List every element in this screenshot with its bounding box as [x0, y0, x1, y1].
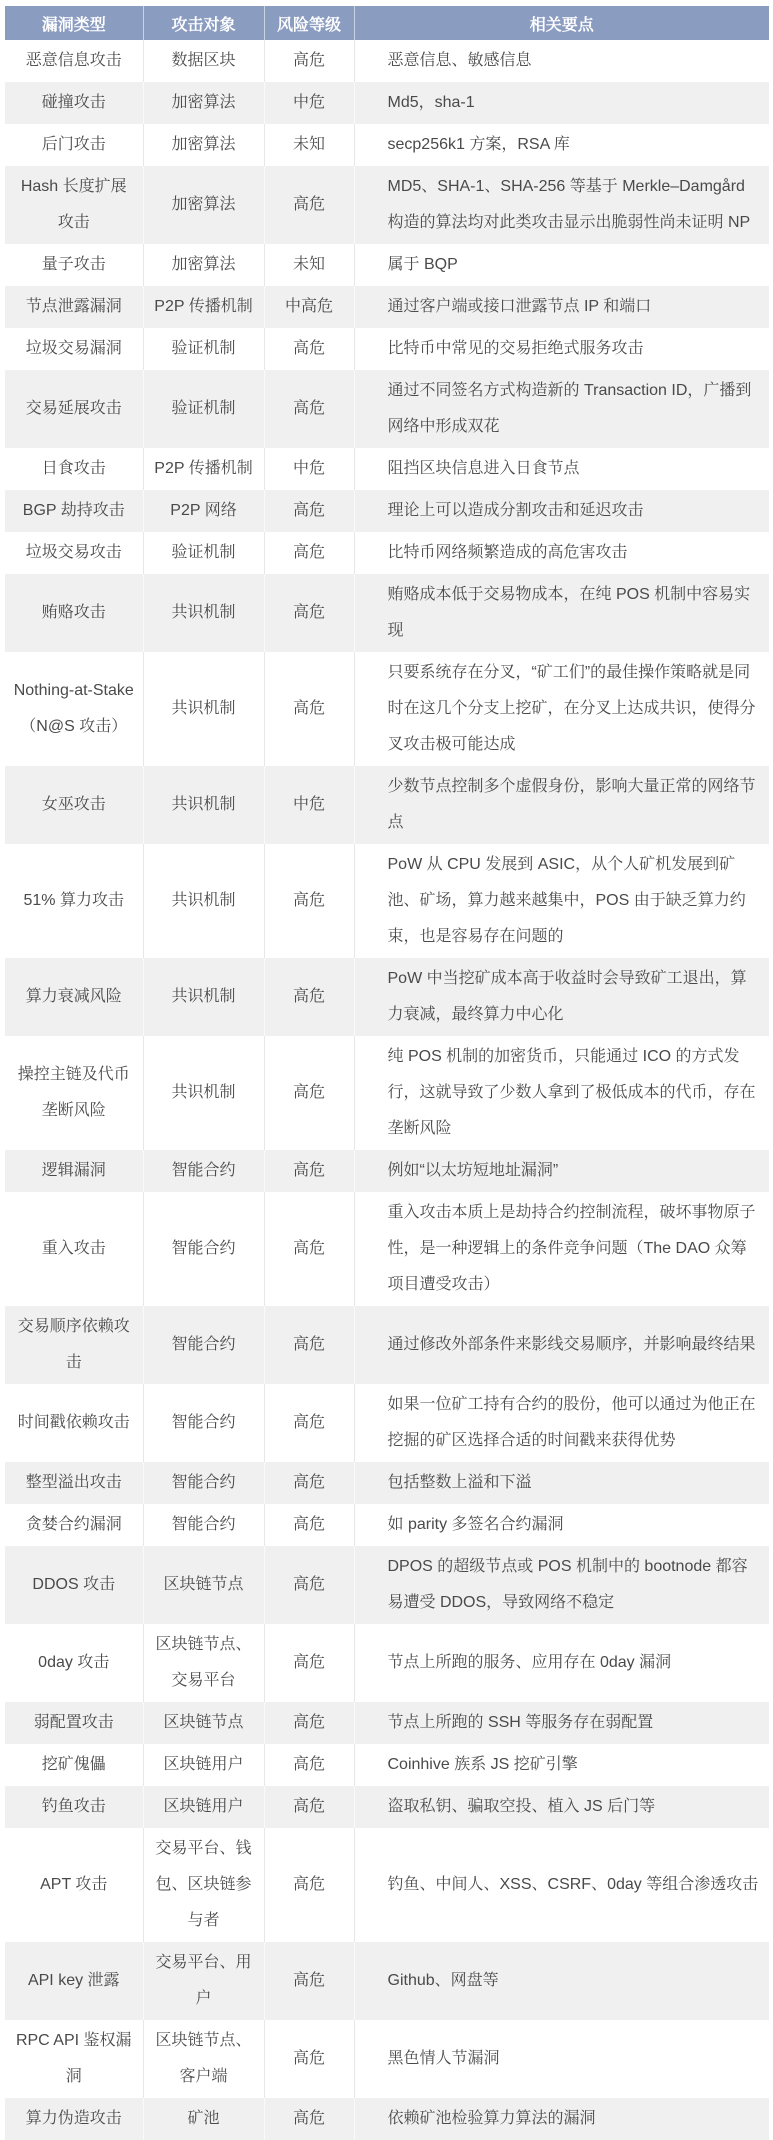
cell-key-points: 理论上可以造成分割攻击和延迟攻击	[354, 490, 769, 532]
table-row: API key 泄露 交易平台、用户 高危 Github、网盘等	[5, 1942, 769, 2020]
cell-risk-level: 未知	[264, 244, 354, 286]
table-row: RPC API 鉴权漏洞 区块链节点、客户端 高危 黑色情人节漏洞	[5, 2020, 769, 2098]
cell-attack-target: 加密算法	[143, 124, 264, 166]
table-row: 0day 攻击 区块链节点、交易平台 高危 节点上所跑的服务、应用存在 0day…	[5, 1624, 769, 1702]
cell-attack-target: 区块链节点	[143, 1702, 264, 1744]
cell-vuln-type: 操控主链及代币垄断风险	[5, 1036, 143, 1150]
cell-key-points: 通过修改外部条件来影线交易顺序，并影响最终结果	[354, 1306, 769, 1384]
cell-key-points: PoW 中当挖矿成本高于收益时会导致矿工退出，算力衰减，最终算力中心化	[354, 958, 769, 1036]
cell-risk-level: 高危	[264, 1786, 354, 1828]
cell-risk-level: 未知	[264, 124, 354, 166]
cell-key-points: 黑色情人节漏洞	[354, 2020, 769, 2098]
cell-attack-target: 加密算法	[143, 82, 264, 124]
cell-risk-level: 中危	[264, 448, 354, 490]
cell-vuln-type: 日食攻击	[5, 448, 143, 490]
cell-attack-target: 加密算法	[143, 166, 264, 244]
cell-risk-level: 高危	[264, 1192, 354, 1306]
cell-risk-level: 中危	[264, 82, 354, 124]
cell-attack-target: 智能合约	[143, 1462, 264, 1504]
table-body: 恶意信息攻击 数据区块 高危 恶意信息、敏感信息 碰撞攻击 加密算法 中危 Md…	[5, 40, 769, 2140]
cell-risk-level: 高危	[264, 40, 354, 82]
table-row: 贿赂攻击 共识机制 高危 贿赂成本低于交易物成本，在纯 POS 机制中容易实现	[5, 574, 769, 652]
cell-attack-target: 验证机制	[143, 532, 264, 574]
cell-key-points: 比特币中常见的交易拒绝式服务攻击	[354, 328, 769, 370]
cell-key-points: Md5，sha-1	[354, 82, 769, 124]
column-header-attack-target: 攻击对象	[143, 6, 264, 40]
cell-risk-level: 高危	[264, 574, 354, 652]
cell-attack-target: 智能合约	[143, 1150, 264, 1192]
cell-risk-level: 高危	[264, 166, 354, 244]
cell-vuln-type: 挖矿傀儡	[5, 1744, 143, 1786]
cell-vuln-type: 51% 算力攻击	[5, 844, 143, 958]
cell-risk-level: 高危	[264, 1504, 354, 1546]
cell-attack-target: 智能合约	[143, 1306, 264, 1384]
cell-key-points: 通过客户端或接口泄露节点 IP 和端口	[354, 286, 769, 328]
vulnerability-table-wrapper: 漏洞类型 攻击对象 风险等级 相关要点 恶意信息攻击 数据区块 高危 恶意信息、…	[0, 0, 773, 2140]
table-row: BGP 劫持攻击 P2P 网络 高危 理论上可以造成分割攻击和延迟攻击	[5, 490, 769, 532]
table-row: 时间戳依赖攻击 智能合约 高危 如果一位矿工持有合约的股份，他可以通过为他正在挖…	[5, 1384, 769, 1462]
cell-key-points: 少数节点控制多个虚假身份，影响大量正常的网络节点	[354, 766, 769, 844]
cell-vuln-type: API key 泄露	[5, 1942, 143, 2020]
table-row: 垃圾交易漏洞 验证机制 高危 比特币中常见的交易拒绝式服务攻击	[5, 328, 769, 370]
cell-attack-target: 验证机制	[143, 370, 264, 448]
cell-key-points: 节点上所跑的服务、应用存在 0day 漏洞	[354, 1624, 769, 1702]
cell-key-points: 节点上所跑的 SSH 等服务存在弱配置	[354, 1702, 769, 1744]
cell-vuln-type: Hash 长度扩展攻击	[5, 166, 143, 244]
table-row: 挖矿傀儡 区块链用户 高危 Coinhive 族系 JS 挖矿引擎	[5, 1744, 769, 1786]
cell-risk-level: 高危	[264, 1744, 354, 1786]
cell-risk-level: 高危	[264, 1384, 354, 1462]
cell-attack-target: 智能合约	[143, 1504, 264, 1546]
cell-attack-target: 交易平台、用户	[143, 1942, 264, 2020]
cell-vuln-type: 贪婪合约漏洞	[5, 1504, 143, 1546]
cell-attack-target: 共识机制	[143, 958, 264, 1036]
cell-vuln-type: Nothing-at-Stake（N@S 攻击）	[5, 652, 143, 766]
cell-key-points: DPOS 的超级节点或 POS 机制中的 bootnode 都容易遭受 DDOS…	[354, 1546, 769, 1624]
table-row: DDOS 攻击 区块链节点 高危 DPOS 的超级节点或 POS 机制中的 bo…	[5, 1546, 769, 1624]
cell-key-points: 盗取私钥、骗取空投、植入 JS 后门等	[354, 1786, 769, 1828]
cell-vuln-type: 0day 攻击	[5, 1624, 143, 1702]
cell-key-points: Coinhive 族系 JS 挖矿引擎	[354, 1744, 769, 1786]
cell-risk-level: 高危	[264, 490, 354, 532]
table-row: Hash 长度扩展攻击 加密算法 高危 MD5、SHA-1、SHA-256 等基…	[5, 166, 769, 244]
cell-key-points: 纯 POS 机制的加密货币，只能通过 ICO 的方式发行，这就导致了少数人拿到了…	[354, 1036, 769, 1150]
cell-attack-target: 智能合约	[143, 1384, 264, 1462]
cell-vuln-type: 节点泄露漏洞	[5, 286, 143, 328]
cell-risk-level: 高危	[264, 652, 354, 766]
cell-key-points: 属于 BQP	[354, 244, 769, 286]
cell-risk-level: 高危	[264, 1462, 354, 1504]
cell-vuln-type: 逻辑漏洞	[5, 1150, 143, 1192]
cell-attack-target: 区块链用户	[143, 1744, 264, 1786]
cell-risk-level: 高危	[264, 370, 354, 448]
cell-key-points: 如 parity 多签名合约漏洞	[354, 1504, 769, 1546]
cell-attack-target: P2P 传播机制	[143, 286, 264, 328]
cell-key-points: 重入攻击本质上是劫持合约控制流程，破坏事物原子性，是一种逻辑上的条件竞争问题（T…	[354, 1192, 769, 1306]
column-header-risk-level: 风险等级	[264, 6, 354, 40]
column-header-vuln-type: 漏洞类型	[5, 6, 143, 40]
table-row: 女巫攻击 共识机制 中危 少数节点控制多个虚假身份，影响大量正常的网络节点	[5, 766, 769, 844]
table-row: 恶意信息攻击 数据区块 高危 恶意信息、敏感信息	[5, 40, 769, 82]
cell-risk-level: 中危	[264, 766, 354, 844]
cell-key-points: PoW 从 CPU 发展到 ASIC，从个人矿机发展到矿池、矿场，算力越来越集中…	[354, 844, 769, 958]
table-header: 漏洞类型 攻击对象 风险等级 相关要点	[5, 6, 769, 40]
cell-key-points: MD5、SHA-1、SHA-256 等基于 Merkle–Damgård 构造的…	[354, 166, 769, 244]
cell-attack-target: 区块链节点、客户端	[143, 2020, 264, 2098]
cell-attack-target: 交易平台、钱包、区块链参与者	[143, 1828, 264, 1942]
table-row: 钓鱼攻击 区块链用户 高危 盗取私钥、骗取空投、植入 JS 后门等	[5, 1786, 769, 1828]
cell-risk-level: 中高危	[264, 286, 354, 328]
cell-vuln-type: DDOS 攻击	[5, 1546, 143, 1624]
cell-vuln-type: 交易顺序依赖攻击	[5, 1306, 143, 1384]
cell-risk-level: 高危	[264, 1828, 354, 1942]
table-row: 后门攻击 加密算法 未知 secp256k1 方案，RSA 库	[5, 124, 769, 166]
cell-attack-target: 区块链节点	[143, 1546, 264, 1624]
cell-key-points: 例如“以太坊短地址漏洞”	[354, 1150, 769, 1192]
table-row: 算力衰减风险 共识机制 高危 PoW 中当挖矿成本高于收益时会导致矿工退出，算力…	[5, 958, 769, 1036]
vulnerability-table: 漏洞类型 攻击对象 风险等级 相关要点 恶意信息攻击 数据区块 高危 恶意信息、…	[5, 6, 769, 2140]
cell-attack-target: P2P 网络	[143, 490, 264, 532]
cell-key-points: 恶意信息、敏感信息	[354, 40, 769, 82]
cell-vuln-type: 垃圾交易攻击	[5, 532, 143, 574]
cell-vuln-type: APT 攻击	[5, 1828, 143, 1942]
cell-attack-target: 数据区块	[143, 40, 264, 82]
cell-vuln-type: 量子攻击	[5, 244, 143, 286]
table-row: 日食攻击 P2P 传播机制 中危 阻挡区块信息进入日食节点	[5, 448, 769, 490]
cell-vuln-type: 女巫攻击	[5, 766, 143, 844]
table-row: Nothing-at-Stake（N@S 攻击） 共识机制 高危 只要系统存在分…	[5, 652, 769, 766]
table-row: 量子攻击 加密算法 未知 属于 BQP	[5, 244, 769, 286]
cell-risk-level: 高危	[264, 1702, 354, 1744]
cell-vuln-type: 交易延展攻击	[5, 370, 143, 448]
cell-risk-level: 高危	[264, 1036, 354, 1150]
cell-key-points: 阻挡区块信息进入日食节点	[354, 448, 769, 490]
cell-risk-level: 高危	[264, 2020, 354, 2098]
cell-key-points: 贿赂成本低于交易物成本，在纯 POS 机制中容易实现	[354, 574, 769, 652]
cell-vuln-type: 恶意信息攻击	[5, 40, 143, 82]
cell-vuln-type: 钓鱼攻击	[5, 1786, 143, 1828]
cell-key-points: Github、网盘等	[354, 1942, 769, 2020]
cell-attack-target: 共识机制	[143, 766, 264, 844]
cell-attack-target: 验证机制	[143, 328, 264, 370]
column-header-key-points: 相关要点	[354, 6, 769, 40]
cell-risk-level: 高危	[264, 1624, 354, 1702]
cell-risk-level: 高危	[264, 844, 354, 958]
cell-risk-level: 高危	[264, 328, 354, 370]
cell-attack-target: 共识机制	[143, 1036, 264, 1150]
cell-key-points: 比特币网络频繁造成的高危害攻击	[354, 532, 769, 574]
cell-vuln-type: RPC API 鉴权漏洞	[5, 2020, 143, 2098]
cell-key-points: 只要系统存在分叉，“矿工们”的最佳操作策略就是同时在这几个分支上挖矿，在分叉上达…	[354, 652, 769, 766]
cell-key-points: 通过不同签名方式构造新的 Transaction ID，广播到网络中形成双花	[354, 370, 769, 448]
cell-attack-target: 共识机制	[143, 574, 264, 652]
cell-risk-level: 高危	[264, 1306, 354, 1384]
cell-attack-target: 共识机制	[143, 844, 264, 958]
table-row: 贪婪合约漏洞 智能合约 高危 如 parity 多签名合约漏洞	[5, 1504, 769, 1546]
cell-risk-level: 高危	[264, 1150, 354, 1192]
cell-attack-target: 区块链节点、交易平台	[143, 1624, 264, 1702]
cell-vuln-type: BGP 劫持攻击	[5, 490, 143, 532]
cell-attack-target: P2P 传播机制	[143, 448, 264, 490]
table-row: 碰撞攻击 加密算法 中危 Md5，sha-1	[5, 82, 769, 124]
cell-key-points: secp256k1 方案，RSA 库	[354, 124, 769, 166]
cell-risk-level: 高危	[264, 1942, 354, 2020]
table-row: 整型溢出攻击 智能合约 高危 包括整数上溢和下溢	[5, 1462, 769, 1504]
cell-vuln-type: 重入攻击	[5, 1192, 143, 1306]
header-row: 漏洞类型 攻击对象 风险等级 相关要点	[5, 6, 769, 40]
table-row: 交易顺序依赖攻击 智能合约 高危 通过修改外部条件来影线交易顺序，并影响最终结果	[5, 1306, 769, 1384]
cell-attack-target: 共识机制	[143, 652, 264, 766]
table-row: 逻辑漏洞 智能合约 高危 例如“以太坊短地址漏洞”	[5, 1150, 769, 1192]
table-row: 交易延展攻击 验证机制 高危 通过不同签名方式构造新的 Transaction …	[5, 370, 769, 448]
cell-vuln-type: 碰撞攻击	[5, 82, 143, 124]
table-row: 操控主链及代币垄断风险 共识机制 高危 纯 POS 机制的加密货币，只能通过 I…	[5, 1036, 769, 1150]
cell-risk-level: 高危	[264, 532, 354, 574]
table-row: 垃圾交易攻击 验证机制 高危 比特币网络频繁造成的高危害攻击	[5, 532, 769, 574]
table-row: 51% 算力攻击 共识机制 高危 PoW 从 CPU 发展到 ASIC，从个人矿…	[5, 844, 769, 958]
cell-vuln-type: 贿赂攻击	[5, 574, 143, 652]
table-row: 弱配置攻击 区块链节点 高危 节点上所跑的 SSH 等服务存在弱配置	[5, 1702, 769, 1744]
cell-risk-level: 高危	[264, 958, 354, 1036]
cell-vuln-type: 垃圾交易漏洞	[5, 328, 143, 370]
table-row: 重入攻击 智能合约 高危 重入攻击本质上是劫持合约控制流程，破坏事物原子性，是一…	[5, 1192, 769, 1306]
table-row: 节点泄露漏洞 P2P 传播机制 中高危 通过客户端或接口泄露节点 IP 和端口	[5, 286, 769, 328]
cell-key-points: 钓鱼、中间人、XSS、CSRF、0day 等组合渗透攻击	[354, 1828, 769, 1942]
cell-vuln-type: 后门攻击	[5, 124, 143, 166]
cell-key-points: 如果一位矿工持有合约的股份，他可以通过为他正在挖掘的矿区选择合适的时间戳来获得优…	[354, 1384, 769, 1462]
cell-risk-level: 高危	[264, 1546, 354, 1624]
cell-vuln-type: 弱配置攻击	[5, 1702, 143, 1744]
cell-key-points: 包括整数上溢和下溢	[354, 1462, 769, 1504]
cell-vuln-type: 算力衰减风险	[5, 958, 143, 1036]
cell-attack-target: 智能合约	[143, 1192, 264, 1306]
cell-vuln-type: 整型溢出攻击	[5, 1462, 143, 1504]
cell-vuln-type: 时间戳依赖攻击	[5, 1384, 143, 1462]
cell-attack-target: 加密算法	[143, 244, 264, 286]
cell-attack-target: 区块链用户	[143, 1786, 264, 1828]
table-row: APT 攻击 交易平台、钱包、区块链参与者 高危 钓鱼、中间人、XSS、CSRF…	[5, 1828, 769, 1942]
